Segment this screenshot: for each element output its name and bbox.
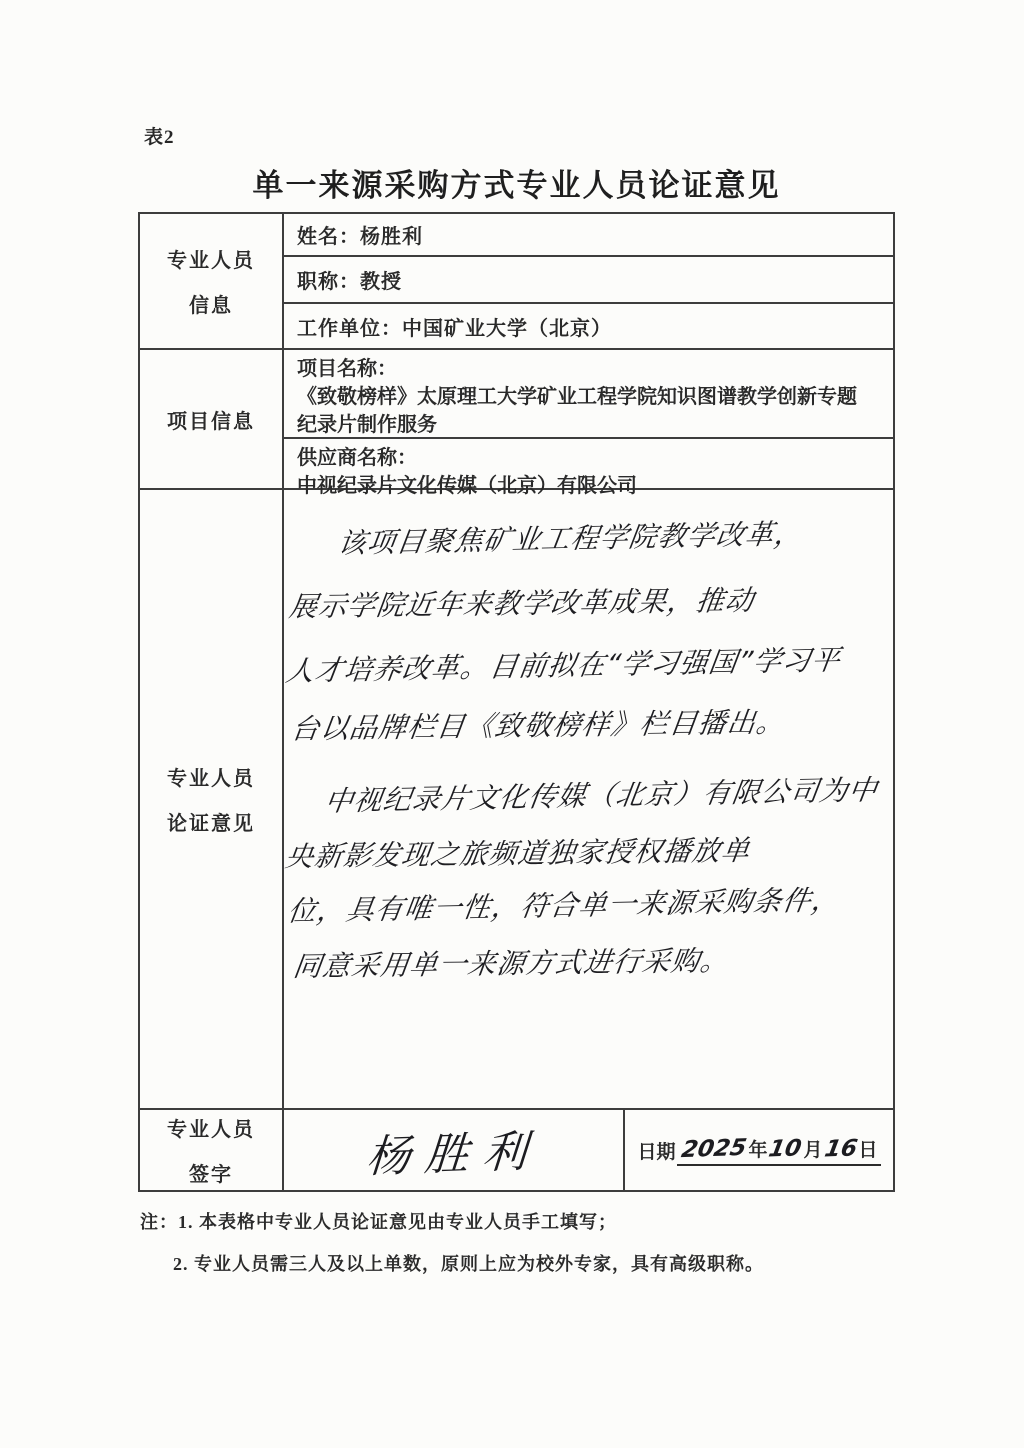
project-name-line1: 《致敬榜样》太原理工大学矿业工程学院知识图谱教学创新专题 (297, 383, 883, 411)
date-value: 2025年10月16日 (677, 1135, 880, 1166)
table-number: 表2 (144, 122, 175, 149)
handwritten-opinion-line: 台以品牌栏目《致敬榜样》栏目播出。 (289, 701, 788, 748)
handwritten-opinion-line: 人才培养改革。目前拟在“学习强国”学习平 (283, 638, 843, 690)
label-opinion-line1: 专业人员 (167, 762, 255, 791)
label-signature: 专业人员 签字 (140, 1110, 284, 1190)
footnote-2: 2. 专业人员需三人及以上单数，原则上应为校外专家，具有高级职称。 (173, 1250, 764, 1276)
row-opinion: 专业人员 论证意见 该项目聚焦矿业工程学院教学改革， 展示学院近年来教学改革成果… (140, 488, 893, 1108)
field-work-unit: 工作单位：中国矿业大学（北京） (284, 302, 893, 348)
project-name-label: 项目名称： (297, 355, 883, 383)
label-professional-info-line2: 信息 (189, 289, 233, 318)
opinion-content: 该项目聚焦矿业工程学院教学改革， 展示学院近年来教学改革成果，推动 人才培养改革… (284, 490, 893, 1108)
professional-info-content: 姓名：杨胜利 职称：教授 工作单位：中国矿业大学（北京） (284, 214, 893, 348)
handwritten-opinion-line: 央新影发现之旅频道独家授权播放单 (283, 829, 753, 875)
label-opinion: 专业人员 论证意见 (140, 490, 284, 1108)
date-cell: 日期2025年10月16日 (625, 1110, 893, 1190)
row-project-info: 项目信息 项目名称： 《致敬榜样》太原理工大学矿业工程学院知识图谱教学创新专题 … (140, 348, 893, 488)
project-name-line2: 纪录片制作服务 (297, 411, 883, 439)
date-month-unit: 月 (804, 1140, 823, 1161)
handwritten-signature: 杨胜利 (364, 1115, 543, 1185)
label-signature-line2: 签字 (189, 1158, 233, 1187)
handwritten-opinion-line: 该项目聚焦矿业工程学院教学改革， (336, 512, 807, 562)
date-day-handwritten: 16 (820, 1135, 861, 1162)
row-signature: 专业人员 签字 杨胜利 日期2025年10月16日 (140, 1108, 893, 1190)
handwritten-opinion-line: 中视纪录片文化传媒（北京）有限公司为中 (322, 768, 880, 820)
footnote-1: 注：1. 本表格中专业人员论证意见由专业人员手工填写； (140, 1208, 617, 1234)
date-year-handwritten: 2025 (678, 1134, 751, 1162)
handwritten-opinion-line: 同意采用单一来源方式进行采购。 (291, 939, 732, 985)
label-opinion-line2: 论证意见 (167, 807, 255, 836)
date-month-handwritten: 10 (765, 1135, 806, 1162)
handwritten-opinion-line: 展示学院近年来教学改革成果，推动 (287, 579, 757, 625)
label-professional-info-line1: 专业人员 (167, 244, 255, 273)
page-title: 单一来源采购方式专业人员论证意见 (138, 160, 895, 205)
project-info-content: 项目名称： 《致敬榜样》太原理工大学矿业工程学院知识图谱教学创新专题 纪录片制作… (284, 350, 893, 488)
signature-content: 杨胜利 日期2025年10月16日 (284, 1110, 893, 1190)
form-table: 专业人员 信息 姓名：杨胜利 职称：教授 工作单位：中国矿业大学（北京） 项目信… (138, 212, 895, 1192)
row-professional-info: 专业人员 信息 姓名：杨胜利 职称：教授 工作单位：中国矿业大学（北京） (140, 214, 893, 348)
field-name: 姓名：杨胜利 (284, 214, 893, 255)
label-signature-line1: 专业人员 (167, 1113, 255, 1142)
field-project-name: 项目名称： 《致敬榜样》太原理工大学矿业工程学院知识图谱教学创新专题 纪录片制作… (284, 350, 893, 437)
date-day-unit: 日 (859, 1140, 878, 1161)
signature-cell: 杨胜利 (284, 1110, 625, 1190)
label-project-info: 项目信息 (140, 350, 284, 488)
date-label: 日期 (637, 1137, 675, 1164)
document-page: 表2 单一来源采购方式专业人员论证意见 专业人员 信息 姓名：杨胜利 职称：教授… (0, 0, 1024, 1448)
label-professional-info: 专业人员 信息 (140, 214, 284, 348)
field-job-title: 职称：教授 (284, 255, 893, 302)
label-project-info-text: 项目信息 (167, 405, 255, 434)
handwritten-opinion-line: 位，具有唯一性，符合单一来源采购条件， (285, 878, 843, 930)
supplier-label: 供应商名称： (297, 444, 883, 472)
